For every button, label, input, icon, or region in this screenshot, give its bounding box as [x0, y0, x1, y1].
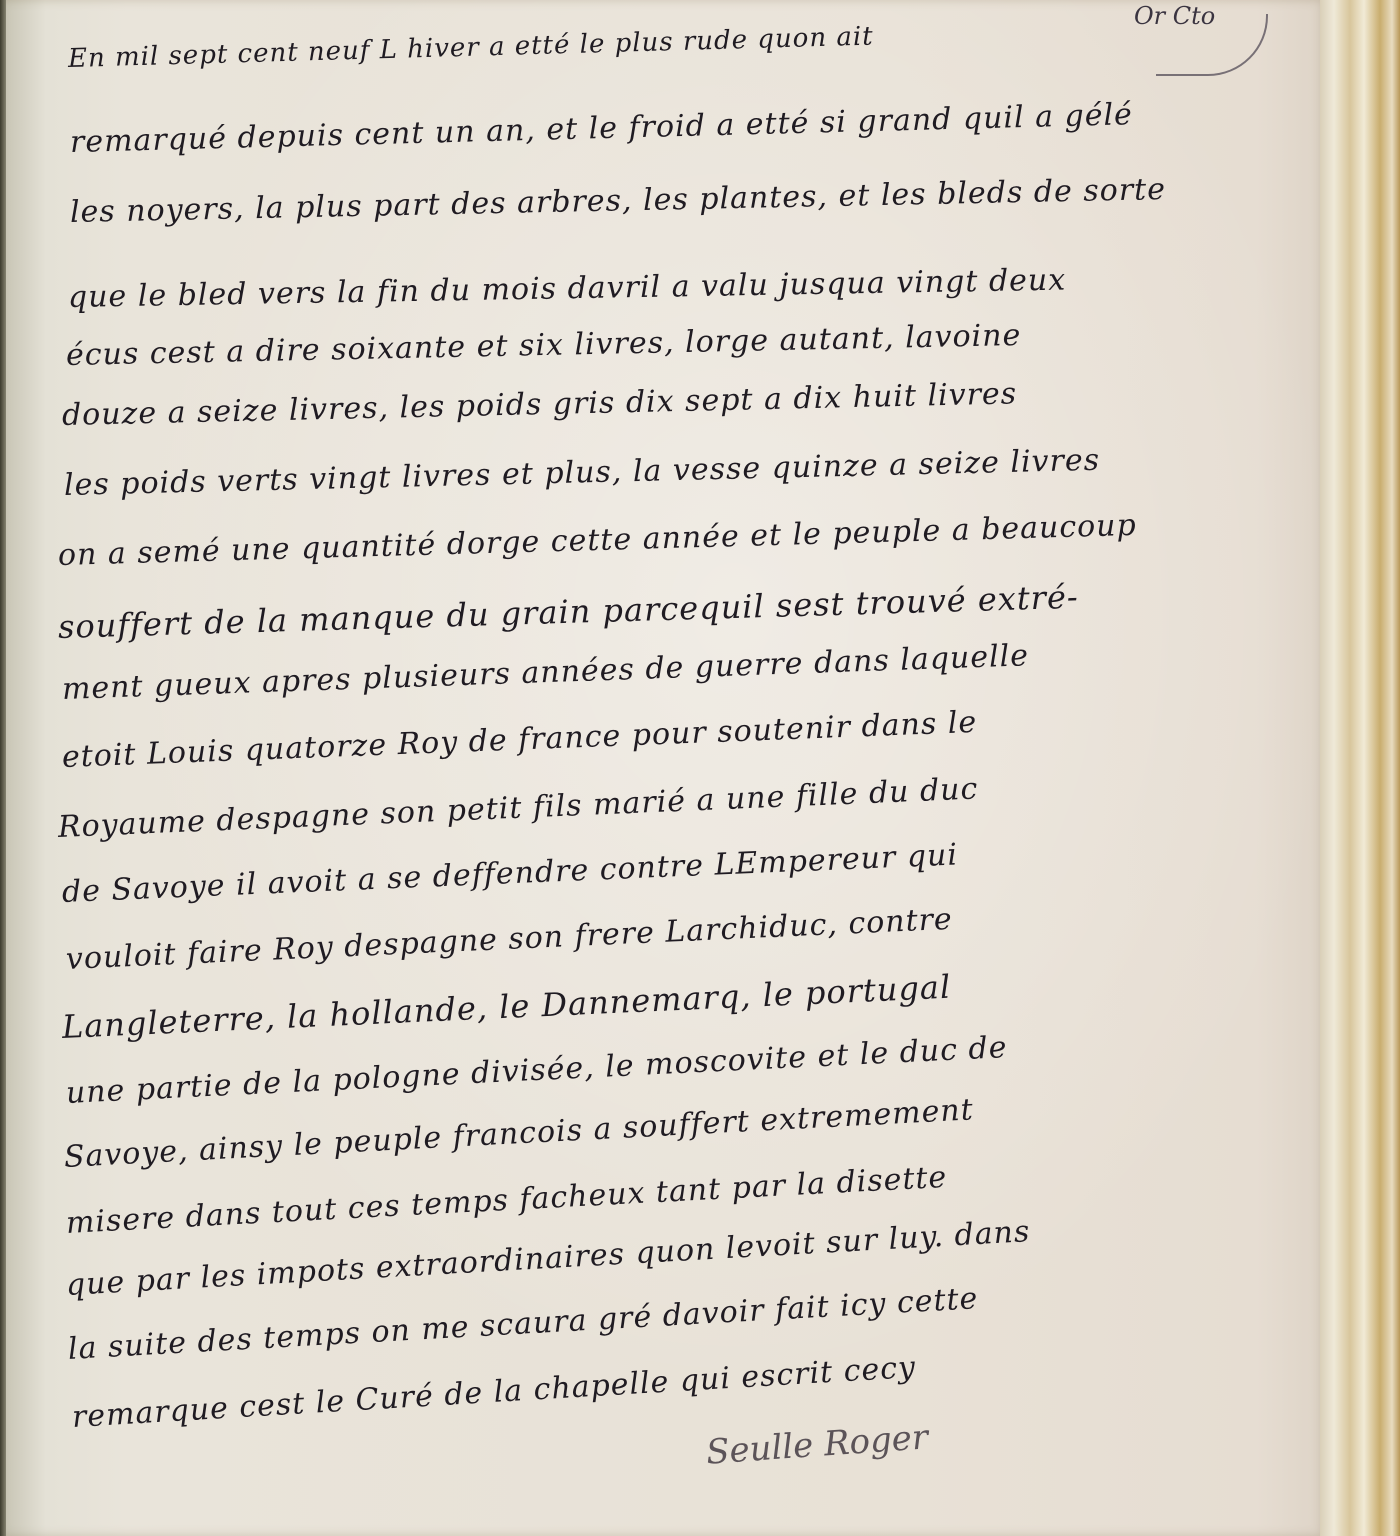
- manuscript-line: les noyers, la plus part des arbres, les…: [70, 172, 1167, 230]
- manuscript-line: Langleterre, la hollande, le Dannemarq, …: [61, 968, 952, 1046]
- signature: Seulle Roger: [705, 1417, 929, 1472]
- manuscript-line: de Savoye il avoit a se deffendre contre…: [61, 837, 958, 910]
- manuscript-line: souffert de la manque du grain parcequil…: [57, 578, 1079, 646]
- manuscript-line: les poids verts vingt livres et plus, la…: [64, 443, 1101, 503]
- manuscript-line: Royaume despagne son petit fils marié a …: [57, 771, 979, 845]
- manuscript-line: douze a seize livres, les poids gris dix…: [62, 376, 1018, 433]
- manuscript-line: que le bled vers la fin du mois davril a…: [68, 263, 1067, 315]
- manuscript-page: Or Cto En mil sept cent neuf L hiver a e…: [6, 0, 1328, 1536]
- manuscript-line: vouloit faire Roy despagne son frere Lar…: [65, 902, 953, 977]
- manuscript-line: En mil sept cent neuf L hiver a etté le …: [68, 22, 874, 74]
- manuscript-photo: Or Cto En mil sept cent neuf L hiver a e…: [0, 0, 1400, 1536]
- manuscript-line: remarque cest le Curé de la chapelle qui…: [71, 1350, 917, 1435]
- corner-flourish-mark: [1156, 14, 1268, 76]
- manuscript-line: remarqué depuis cent un an, et le froid …: [70, 97, 1134, 160]
- manuscript-line: on a semé une quantité dorge cette année…: [58, 508, 1138, 573]
- manuscript-line: ment gueux apres plusieurs années de gue…: [61, 638, 1029, 707]
- page-stack-edge: [1320, 0, 1400, 1536]
- manuscript-line: etoit Louis quatorze Roy de france pour …: [61, 705, 977, 775]
- manuscript-line: Savoye, ainsy le peuple francois a souff…: [63, 1092, 974, 1175]
- manuscript-line: écus cest a dire soixante et six livres,…: [66, 318, 1022, 373]
